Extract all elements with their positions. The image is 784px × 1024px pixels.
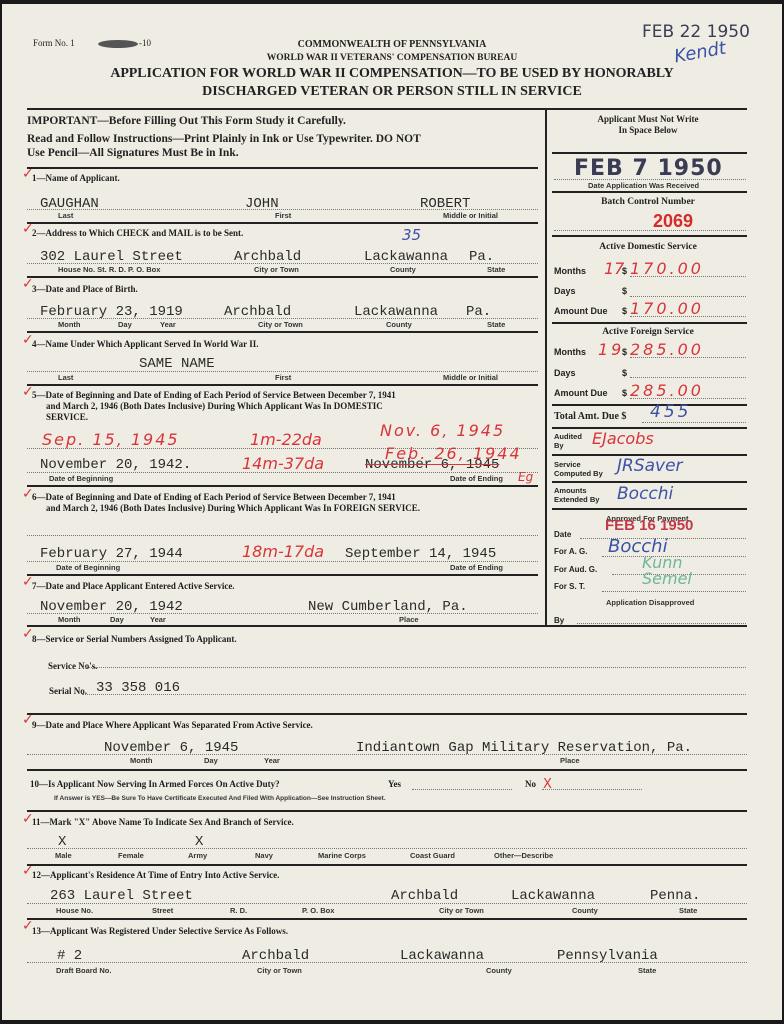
caption: Middle or Initial bbox=[443, 211, 498, 220]
divider bbox=[27, 331, 538, 333]
months-label: Months bbox=[554, 266, 586, 276]
option-army[interactable]: Army bbox=[188, 851, 207, 860]
fill-line bbox=[630, 357, 746, 358]
option-female[interactable]: Female bbox=[118, 851, 144, 860]
fill-line bbox=[27, 561, 538, 562]
divider bbox=[27, 574, 538, 576]
fill-line bbox=[630, 398, 746, 399]
caption: Year bbox=[264, 756, 280, 765]
fill-line bbox=[82, 694, 746, 695]
divider bbox=[27, 810, 747, 812]
caption: City or Town bbox=[439, 906, 484, 915]
caption: Day bbox=[204, 756, 218, 765]
audited-signature: EJacobs bbox=[592, 429, 654, 448]
fill-line bbox=[630, 276, 746, 277]
fill-line bbox=[554, 179, 746, 180]
caption: Last bbox=[58, 373, 73, 382]
by-label: By bbox=[554, 616, 564, 625]
divider bbox=[552, 508, 747, 510]
q5-row1-begin[interactable]: Sep. 15, 1945 bbox=[42, 430, 180, 449]
foreign-heading: Active Foreign Service bbox=[550, 327, 746, 337]
instructions-line-3: Use Pencil—All Signatures Must Be in Ink… bbox=[27, 147, 239, 159]
q3-label: 3—Date and Place of Birth. bbox=[32, 284, 138, 294]
service-no-label: Service No's. bbox=[48, 661, 98, 671]
q10-yes-field[interactable] bbox=[412, 789, 512, 790]
org-line-1: COMMONWEALTH OF PENNSYLVANIA bbox=[202, 39, 582, 50]
divider bbox=[27, 222, 538, 224]
q5-row2-end-struck: November 6, 1945 bbox=[365, 457, 499, 473]
divider bbox=[27, 384, 538, 386]
fill-line bbox=[630, 296, 746, 297]
fill-line bbox=[27, 903, 747, 904]
caption: Street bbox=[152, 906, 173, 915]
office-heading: Applicant Must Not Write bbox=[550, 114, 746, 124]
approved-date-stamp: FEB 16 1950 bbox=[605, 517, 693, 534]
q5-label: SERVICE. bbox=[46, 412, 88, 422]
aud-g-label: For Aud. G. bbox=[554, 565, 597, 574]
caption: Date of Beginning bbox=[56, 563, 120, 572]
caption: House No. bbox=[56, 906, 93, 915]
caption: Date Application Was Received bbox=[588, 181, 699, 190]
batch-control-number: 2069 bbox=[550, 211, 784, 232]
q5-row1-duration: 1m-22da bbox=[250, 430, 322, 449]
received-date-stamp: FEB 7 1950 bbox=[574, 156, 723, 181]
office-heading: In Space Below bbox=[550, 125, 746, 135]
option-male[interactable]: Male bbox=[55, 851, 72, 860]
q5-row2-duration: 14m-37da bbox=[242, 454, 324, 473]
caption: County bbox=[486, 966, 512, 975]
title-line-2: DISCHARGED VETERAN OR PERSON STILL IN SE… bbox=[22, 84, 762, 100]
caption: City or Town bbox=[254, 265, 299, 274]
amount-due-label: Amount Due bbox=[554, 306, 608, 316]
caption: County bbox=[572, 906, 598, 915]
fill-line bbox=[82, 667, 746, 668]
fill-line bbox=[602, 591, 746, 592]
date-label: Date bbox=[554, 530, 571, 539]
caption: R. D. bbox=[230, 906, 247, 915]
office-column-divider bbox=[545, 108, 547, 626]
fill-line bbox=[630, 377, 746, 378]
foreign-months: 19 bbox=[598, 340, 624, 359]
caption: First bbox=[275, 373, 291, 382]
extended-signature: Bocchi bbox=[617, 484, 673, 504]
caption: Middle or Initial bbox=[443, 373, 498, 382]
org-line-2: WORLD WAR II VETERANS' COMPENSATION BURE… bbox=[182, 53, 602, 63]
q10-label: 10—Is Applicant Now Serving In Armed For… bbox=[30, 779, 280, 789]
q12-label: 12—Applicant's Residence At Time of Entr… bbox=[32, 870, 279, 880]
title-line-1: APPLICATION FOR WORLD WAR II COMPENSATIO… bbox=[22, 66, 762, 82]
fill-line bbox=[27, 263, 538, 264]
fill-line bbox=[27, 962, 747, 963]
caption: Last bbox=[58, 211, 73, 220]
fill-line bbox=[577, 623, 746, 624]
important-notice: IMPORTANT—Before Filling Out This Form S… bbox=[27, 115, 346, 127]
days-label: Days bbox=[554, 368, 576, 378]
fill-line bbox=[27, 209, 538, 210]
q10-no-label: No bbox=[525, 779, 536, 789]
q9-label: 9—Date and Place Where Applicant Was Sep… bbox=[32, 720, 313, 730]
q6-label: and March 2, 1946 (Both Dates Inclusive)… bbox=[46, 503, 420, 513]
q12-city[interactable]: Archbald bbox=[391, 888, 458, 904]
caption: Date of Ending bbox=[450, 474, 503, 483]
computed-signature: JRSaver bbox=[617, 456, 683, 476]
q11-label: 11—Mark "X" Above Name To Indicate Sex A… bbox=[32, 817, 294, 827]
option-navy[interactable]: Navy bbox=[255, 851, 273, 860]
divider bbox=[27, 276, 538, 278]
caption: City or Town bbox=[258, 320, 303, 329]
stamp-initials: Kendt bbox=[673, 38, 728, 68]
q7-label: 7—Date and Place Applicant Entered Activ… bbox=[32, 581, 235, 591]
total-due-label: Total Amt. Due $ bbox=[554, 411, 626, 422]
q5-row1-end[interactable]: Nov. 6, 1945 bbox=[380, 421, 505, 440]
form-suffix: -10 bbox=[139, 38, 151, 48]
q12-street[interactable]: 263 Laurel Street bbox=[50, 888, 193, 904]
caption: City or Town bbox=[257, 966, 302, 975]
caption: Date of Beginning bbox=[49, 474, 113, 483]
option-other[interactable]: Other—Describe bbox=[494, 851, 553, 860]
st-signature: Semel bbox=[642, 569, 692, 588]
extended-by-label: Amounts Extended By bbox=[554, 486, 614, 504]
caption: State bbox=[487, 320, 505, 329]
caption: County bbox=[386, 320, 412, 329]
domestic-heading: Active Domestic Service bbox=[550, 242, 746, 252]
divider bbox=[27, 713, 747, 715]
q4-service-name[interactable]: SAME NAME bbox=[139, 356, 215, 372]
fill-line bbox=[27, 613, 538, 614]
q5-label: and March 2, 1946 (Both Dates Inclusive)… bbox=[46, 401, 383, 411]
q6-label: 6—Date of Beginning and Date of Ending o… bbox=[32, 492, 396, 502]
divider bbox=[27, 485, 538, 487]
q5-label: 5—Date of Beginning and Date of Ending o… bbox=[32, 390, 396, 400]
caption: Month bbox=[58, 615, 81, 624]
fill-line bbox=[27, 535, 538, 536]
ag-label: For A. G. bbox=[554, 547, 587, 556]
fill-line bbox=[27, 754, 747, 755]
divider bbox=[27, 625, 747, 627]
divider bbox=[552, 191, 747, 193]
fill-line bbox=[27, 848, 747, 849]
divider bbox=[27, 167, 538, 169]
instructions-line-2: Read and Follow Instructions—Print Plain… bbox=[27, 133, 421, 145]
divider bbox=[552, 235, 747, 237]
caption: House No. St. R. D. P. O. Box bbox=[58, 265, 160, 274]
divider bbox=[27, 769, 747, 771]
caption: State bbox=[638, 966, 656, 975]
caption: Date of Ending bbox=[450, 563, 503, 572]
caption: Day bbox=[110, 615, 124, 624]
q12-county[interactable]: Lackawanna bbox=[511, 888, 595, 904]
amount-due-label: Amount Due bbox=[554, 388, 608, 398]
form-number: Form No. 1 bbox=[33, 38, 75, 48]
divider bbox=[552, 481, 747, 483]
fill-line bbox=[27, 318, 538, 319]
q4-label: 4—Name Under Which Applicant Served In W… bbox=[32, 339, 258, 349]
divider bbox=[552, 152, 747, 154]
q12-state[interactable]: Penna. bbox=[650, 888, 700, 904]
caption: First bbox=[275, 211, 291, 220]
caption: Draft Board No. bbox=[56, 966, 111, 975]
form-page: Form No. 1 -10 COMMONWEALTH OF PENNSYLVA… bbox=[2, 4, 782, 1020]
received-stamp-top: FEB 22 1950 bbox=[642, 22, 750, 42]
divider bbox=[552, 322, 747, 324]
fill-line bbox=[27, 371, 538, 372]
option-coast-guard[interactable]: Coast Guard bbox=[410, 851, 455, 860]
union-label-icon bbox=[98, 40, 138, 48]
caption: County bbox=[390, 265, 416, 274]
batch-label: Batch Control Number bbox=[550, 197, 746, 207]
st-label: For S. T. bbox=[554, 582, 585, 591]
disapproved-heading: Application Disapproved bbox=[606, 598, 694, 607]
q10-note: If Answer is YES—Be Sure To Have Certifi… bbox=[54, 795, 386, 802]
fill-line bbox=[554, 230, 746, 231]
divider bbox=[27, 108, 747, 110]
computed-by-label: Service Computed By bbox=[554, 460, 614, 478]
q6-end[interactable]: September 14, 1945 bbox=[345, 546, 496, 562]
total-due-value: 455 bbox=[650, 402, 691, 422]
caption: Month bbox=[130, 756, 153, 765]
caption: State bbox=[679, 906, 697, 915]
q1-label: 1—Name of Applicant. bbox=[32, 173, 120, 183]
fill-line bbox=[630, 316, 746, 317]
caption: Year bbox=[160, 320, 176, 329]
q6-duration: 18m-17da bbox=[242, 542, 324, 561]
months-label: Months bbox=[554, 347, 586, 357]
caption: P. O. Box bbox=[302, 906, 334, 915]
q13-label: 13—Applicant Was Registered Under Select… bbox=[32, 926, 288, 936]
audited-by-label: Audited By bbox=[554, 432, 584, 450]
caption: Month bbox=[58, 320, 81, 329]
caption: Place bbox=[560, 756, 580, 765]
caption: Place bbox=[399, 615, 419, 624]
caption: State bbox=[487, 265, 505, 274]
q5-row2-begin[interactable]: November 20, 1942. bbox=[40, 457, 191, 473]
fill-line bbox=[542, 789, 642, 790]
option-marine-corps[interactable]: Marine Corps bbox=[318, 851, 366, 860]
q2-label: 2—Address to Which CHECK and MAIL is to … bbox=[32, 228, 243, 238]
fill-line bbox=[27, 472, 538, 473]
divider bbox=[27, 864, 747, 866]
fill-line bbox=[642, 422, 746, 423]
caption: Day bbox=[118, 320, 132, 329]
q10-yes-label: Yes bbox=[388, 779, 401, 789]
divider bbox=[27, 918, 747, 920]
caption: Year bbox=[150, 615, 166, 624]
days-label: Days bbox=[554, 286, 576, 296]
q6-begin[interactable]: February 27, 1944 bbox=[40, 546, 183, 562]
q8-label: 8—Service or Serial Numbers Assigned To … bbox=[32, 634, 237, 644]
county-code-annotation: 35 bbox=[402, 226, 421, 244]
